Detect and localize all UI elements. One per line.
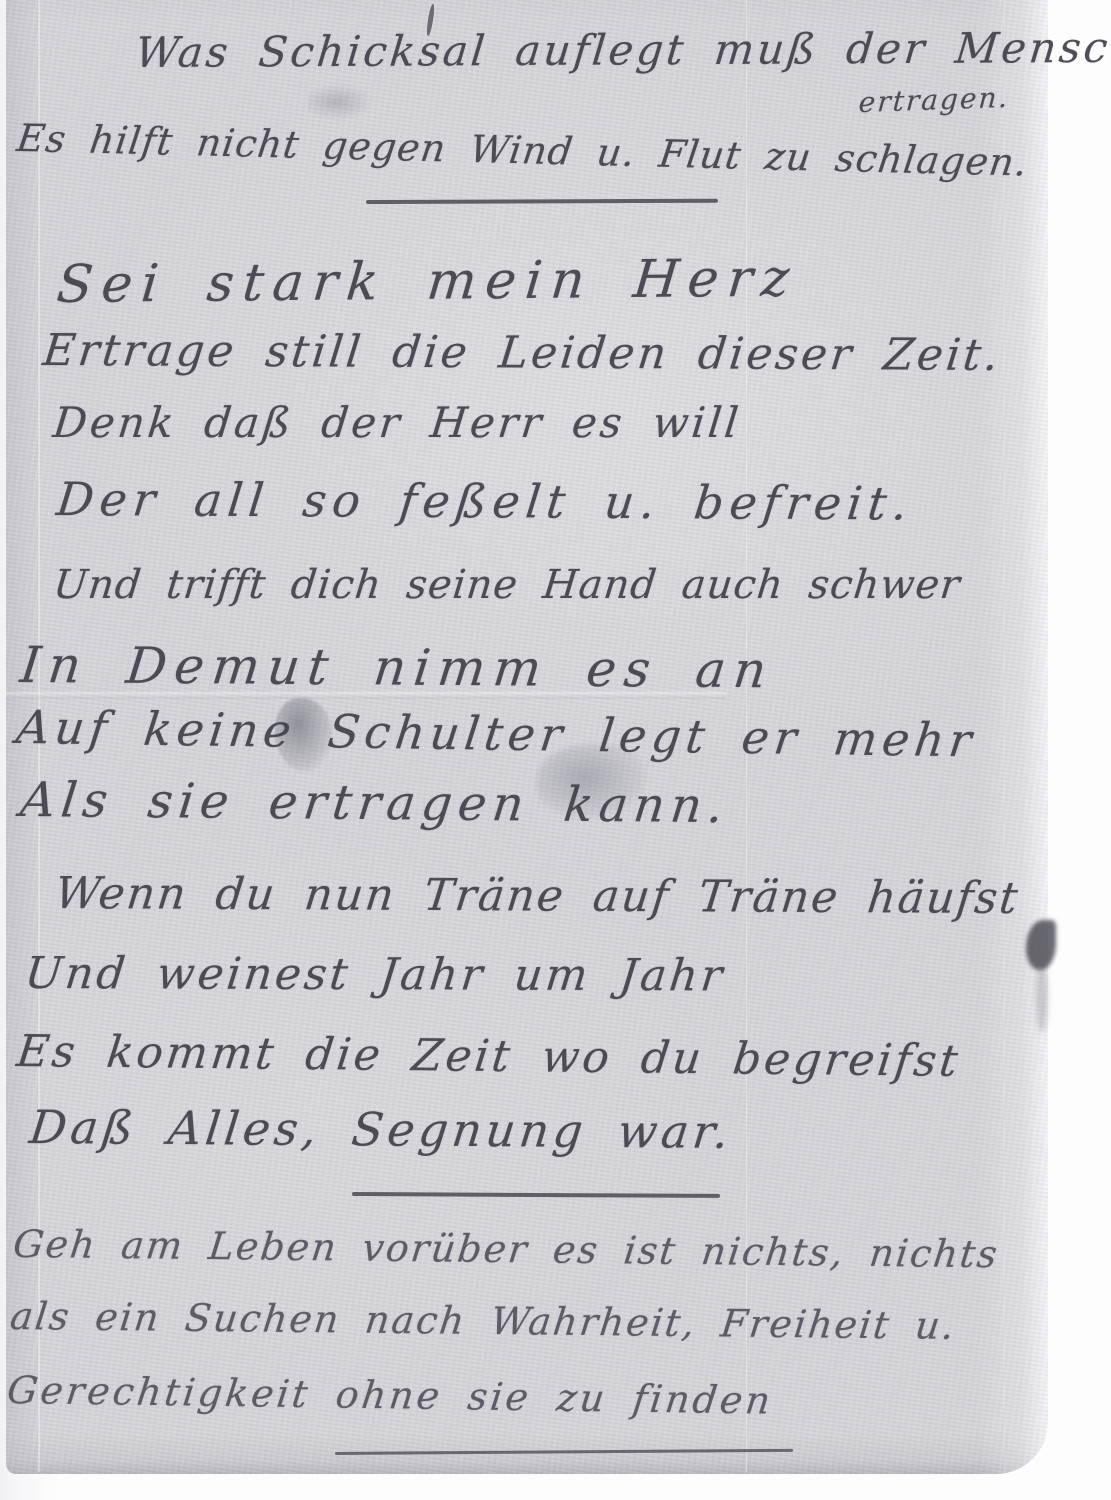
stanza-3-line-2: Und weinest Jahr um Jahr [22,948,727,1001]
inserted-word-ertragen: ertragen. [858,81,1011,119]
stanza-1-line-2: Ertrage still die Leiden dieser Zeit. [40,325,1003,381]
stanza-1-line-1: Sei stark mein Herz [54,249,801,316]
stanza-3-line-4: Daß Alles, Segnung war. [27,1100,736,1159]
stanza-2-line-4: Als sie ertragen kann. [18,772,733,834]
stanza-1-line-4: Der all so feßelt u. befreit. [54,472,916,530]
poem-header-line-1: Was Schicksal auflegt muß der Mensch [133,23,1111,77]
stanza-1-line-3: Denk daß der Herr es will [51,398,744,447]
stanza-3-line-1: Wenn du nun Träne auf Träne häufst [52,868,1022,924]
stanza-2-line-2: In Demut nimm es an [17,636,777,699]
stanza-3-line-3: Es kommt die Zeit wo du begreifst [14,1026,963,1087]
stanza-2-line-1: Und trifft dich seine Hand auch schwer [51,562,963,608]
